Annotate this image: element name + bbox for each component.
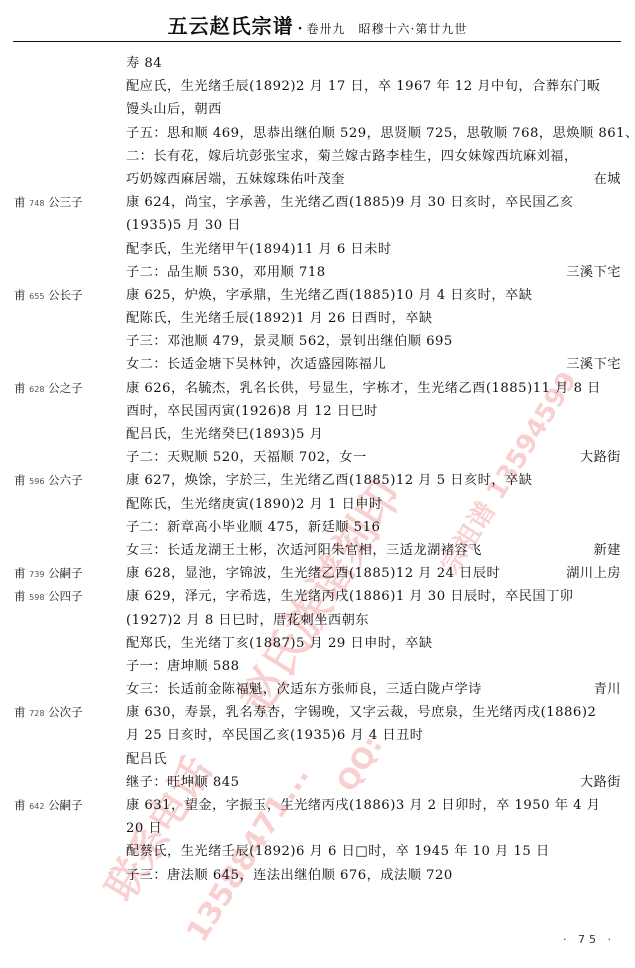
book-title: 五云赵氏宗谱 [168,14,294,38]
ref-relation: 公之子 [48,381,83,395]
residence-location: 大路街 [580,771,621,794]
entry-text: 月 25 日亥时，卒民国乙亥(1935)6 月 4 日丑时 [126,724,424,747]
page-header: 五云赵氏宗谱·卷卅九 昭穆十六·第廿九世 [0,10,635,40]
ref-generation-char: 甫 [14,473,26,487]
genealogy-line: 子二：天贶顺 520，天福顺 702，女一大路街 [0,446,635,469]
genealogy-line: 馒头山后，朝西 [0,98,635,121]
entry-text: 女三：长适龙湖王土彬，次适河阳朱官相，三适龙湖褚容飞 [126,539,482,562]
entry-text: 配蔡氏，生光绪壬辰(1892)6 月 6 日□时，卒 1945 年 10 月 1… [126,840,550,863]
entry-text: 配应氏，生光绪壬辰(1892)2 月 17 日，卒 1967 年 12 月中旬，… [126,75,601,98]
ref-number: 728 [29,709,44,718]
entry-text: 康 627，焕馀，字於三，生光绪乙酉(1885)12 月 5 日亥时，卒缺 [126,469,532,492]
ref-generation-char: 甫 [14,195,26,209]
entry-text: 康 629，泽元，字希选，生光绪丙戌(1886)1 月 30 日辰时，卒民国丁卯 [126,585,573,608]
genealogy-line: 寿 84 [0,52,635,75]
genealogy-line: 甫 739 公嗣子康 628，显池，字锦波，生光绪乙酉(1885)12 月 24… [0,562,635,585]
residence-location: 新建 [594,539,621,562]
ref-number: 642 [29,802,44,811]
ref-relation: 公六子 [48,473,83,487]
residence-location: 青川 [594,678,621,701]
genealogy-line: 配蔡氏，生光绪壬辰(1892)6 月 6 日□时，卒 1945 年 10 月 1… [0,840,635,863]
genealogy-line: 配郑氏，生光绪丁亥(1887)5 月 29 日申时，卒缺 [0,632,635,655]
entry-text: 配吕氏 [126,748,167,771]
genealogy-line: 子三：邓池顺 479，景灵顺 562，景钊出继伯顺 695 [0,330,635,353]
genealogy-line: (1935)5 月 30 日 [0,214,635,237]
residence-location: 湖川上房 [566,562,621,585]
ref-relation: 公四子 [48,589,83,603]
entry-text: 酉时，卒民国丙寅(1926)8 月 12 日巳时 [126,400,378,423]
entry-text: 康 624，尚宝，字承善，生光绪乙酉(1885)9 月 30 日亥时，卒民国乙亥 [126,191,573,214]
genealogy-line: 子五：思和顺 469，思恭出继伯顺 529，思贤顺 725，思敬顺 768，思焕… [0,122,635,145]
ref-generation-char: 甫 [14,705,26,719]
genealogy-line: 酉时，卒民国丙寅(1926)8 月 12 日巳时 [0,400,635,423]
ref-number: 748 [29,199,44,208]
lineage-reference: 甫 596 公六子 [14,469,83,493]
genealogy-line: 女三：长适龙湖王土彬，次适河阳朱官相，三适龙湖褚容飞新建 [0,539,635,562]
genealogy-line: 子二：新章高小毕业顺 475，新廷顺 516 [0,516,635,539]
entry-text: 寿 84 [126,52,162,75]
ref-relation: 公长子 [48,288,83,302]
lineage-reference: 甫 642 公嗣子 [14,794,83,818]
entry-text: 女三：长适前金陈福魁，次适东方张师良，三适白陇卢学诗 [126,678,482,701]
header-rule [13,41,621,42]
genealogy-line: 配吕氏 [0,748,635,771]
entry-text: 20 日 [126,817,162,840]
genealogy-line: 甫 642 公嗣子康 631，望金，字振玉，生光绪丙戌(1886)3 月 2 日… [0,794,635,817]
entry-text: 二：长有花，嫁后坑彭张宝求，菊兰嫁古路李桂生，四女妹嫁西坑麻刘福， [126,145,578,168]
entry-text: 康 626，名毓杰，乳名长供，号显生，字栋才，生光绪乙酉(1885)11 月 8… [126,377,601,400]
genealogy-line: 女三：长适前金陈福魁，次适东方张师良，三适白陇卢学诗青川 [0,678,635,701]
genealogy-line: 配应氏，生光绪壬辰(1892)2 月 17 日，卒 1967 年 12 月中旬，… [0,75,635,98]
lineage-reference: 甫 739 公嗣子 [14,562,83,586]
ref-number: 596 [29,477,44,486]
ref-relation: 公三子 [48,195,83,209]
genealogy-line: 子二：品生顺 530，邓用顺 718三溪下宅 [0,261,635,284]
entry-text: 馒头山后，朝西 [126,98,222,121]
ref-number: 739 [29,570,44,579]
entry-text: 巧奶嫁西麻居端，五妹嫁珠佑叶茂奎 [126,168,345,191]
ref-number: 655 [29,292,44,301]
entry-text: 康 625，炉焕，字承鼎，生光绪乙酉(1885)10 月 4 日亥时，卒缺 [126,284,532,307]
volume-label: 卷卅九 昭穆十六·第廿九世 [307,22,468,36]
ref-relation: 公嗣子 [48,798,83,812]
entry-text: 康 630，寿景，乳名寿杏，字锡晚，又字云裁，号庶泉，生光绪丙戌(1886)2 [126,701,596,724]
entry-text: 子一：唐坤顺 588 [126,655,240,678]
ref-generation-char: 甫 [14,589,26,603]
genealogy-line: 20 日 [0,817,635,840]
residence-location: 三溪下宅 [566,353,621,376]
entry-text: (1927)2 月 8 日巳时，厝花刺坐西朝东 [126,609,369,632]
page-number: · 75 · [563,933,615,946]
ref-generation-char: 甫 [14,798,26,812]
lineage-reference: 甫 748 公三子 [14,191,83,215]
lineage-reference: 甫 598 公四子 [14,585,83,609]
entry-text: 子三：邓池顺 479，景灵顺 562，景钊出继伯顺 695 [126,330,453,353]
genealogy-body: 寿 84配应氏，生光绪壬辰(1892)2 月 17 日，卒 1967 年 12 … [0,52,635,887]
residence-location: 三溪下宅 [566,261,621,284]
ref-generation-char: 甫 [14,381,26,395]
entry-text: (1935)5 月 30 日 [126,214,241,237]
entry-text: 配陈氏，生光绪壬辰(1892)1 月 26 日酉时，卒缺 [126,307,433,330]
genealogy-line: 甫 728 公次子康 630，寿景，乳名寿杏，字锡晚，又字云裁，号庶泉，生光绪丙… [0,701,635,724]
entry-text: 配陈氏，生光绪庚寅(1890)2 月 1 日申时 [126,493,383,516]
ref-number: 628 [29,385,44,394]
ref-generation-char: 甫 [14,288,26,302]
lineage-reference: 甫 728 公次子 [14,701,83,725]
genealogy-line: 月 25 日亥时，卒民国乙亥(1935)6 月 4 日丑时 [0,724,635,747]
genealogy-line: 配吕氏，生光绪癸巳(1893)5 月 [0,423,635,446]
genealogy-line: 巧奶嫁西麻居端，五妹嫁珠佑叶茂奎在城 [0,168,635,191]
entry-text: 继子：旺坤顺 845 [126,771,240,794]
genealogy-line: 甫 596 公六子康 627，焕馀，字於三，生光绪乙酉(1885)12 月 5 … [0,469,635,492]
entry-text: 配李氏，生光绪甲午(1894)11 月 6 日未时 [126,238,392,261]
header-separator: · [298,21,303,37]
genealogy-line: 甫 628 公之子康 626，名毓杰，乳名长供，号显生，字栋才，生光绪乙酉(18… [0,377,635,400]
genealogy-line: 甫 748 公三子康 624，尚宝，字承善，生光绪乙酉(1885)9 月 30 … [0,191,635,214]
ref-generation-char: 甫 [14,566,26,580]
genealogy-line: 配陈氏，生光绪壬辰(1892)1 月 26 日酉时，卒缺 [0,307,635,330]
ref-number: 598 [29,593,44,602]
genealogy-line: 子三：唐法顺 645，连法出继伯顺 676，成法顺 720 [0,864,635,887]
genealogy-line: 配陈氏，生光绪庚寅(1890)2 月 1 日申时 [0,493,635,516]
genealogy-line: 配李氏，生光绪甲午(1894)11 月 6 日未时 [0,238,635,261]
genealogy-line: 甫 655 公长子康 625，炉焕，字承鼎，生光绪乙酉(1885)10 月 4 … [0,284,635,307]
lineage-reference: 甫 655 公长子 [14,284,83,308]
entry-text: 子二：天贶顺 520，天福顺 702，女一 [126,446,367,469]
entry-text: 康 628，显池，字锦波，生光绪乙酉(1885)12 月 24 日辰时 [126,562,500,585]
entry-text: 子五：思和顺 469，思恭出继伯顺 529，思贤顺 725，思敬顺 768，思焕… [126,122,635,145]
genealogy-line: (1927)2 月 8 日巳时，厝花刺坐西朝东 [0,609,635,632]
genealogy-line: 女二：长适金塘下吴林钟，次适盛园陈福儿三溪下宅 [0,353,635,376]
ref-relation: 公次子 [48,705,83,719]
entry-text: 配吕氏，生光绪癸巳(1893)5 月 [126,423,323,446]
entry-text: 女二：长适金塘下吴林钟，次适盛园陈福儿 [126,353,386,376]
genealogy-line: 子一：唐坤顺 588 [0,655,635,678]
genealogy-line: 继子：旺坤顺 845大路街 [0,771,635,794]
genealogy-line: 甫 598 公四子康 629，泽元，字希选，生光绪丙戌(1886)1 月 30 … [0,585,635,608]
entry-text: 子二：新章高小毕业顺 475，新廷顺 516 [126,516,380,539]
lineage-reference: 甫 628 公之子 [14,377,83,401]
residence-location: 在城 [594,168,621,191]
genealogy-line: 二：长有花，嫁后坑彭张宝求，菊兰嫁古路李桂生，四女妹嫁西坑麻刘福， [0,145,635,168]
entry-text: 子三：唐法顺 645，连法出继伯顺 676，成法顺 720 [126,864,453,887]
residence-location: 大路街 [580,446,621,469]
entry-text: 配郑氏，生光绪丁亥(1887)5 月 29 日申时，卒缺 [126,632,433,655]
entry-text: 康 631，望金，字振玉，生光绪丙戌(1886)3 月 2 日卯时，卒 1950… [126,794,600,817]
entry-text: 子二：品生顺 530，邓用顺 718 [126,261,326,284]
ref-relation: 公嗣子 [48,566,83,580]
